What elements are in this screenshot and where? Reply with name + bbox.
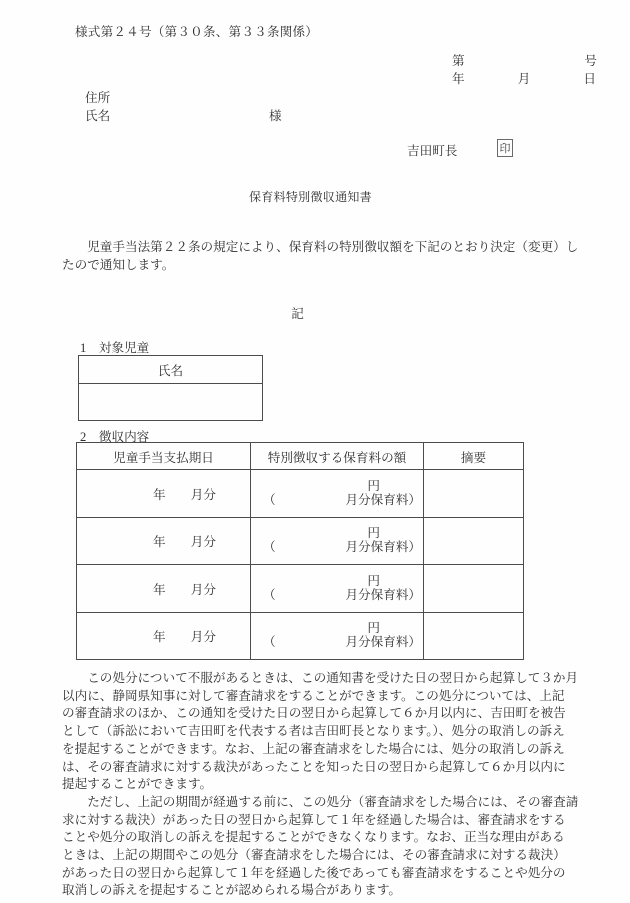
appeal-notes: この処分について不服があるときは、この通知書を受けた日の翌日から起算して３か月 … <box>62 670 590 900</box>
amount-cell: 円 （ 月分保育料） <box>251 565 424 613</box>
amount-note-line: （ 月分保育料） <box>251 540 423 555</box>
paren-open: （ <box>263 540 276 555</box>
remarks-header: 摘要 <box>424 443 524 470</box>
amount-note-line: （ 月分保育料） <box>251 635 423 650</box>
document-page: 様式第２４号（第３０条、第３３条関係） 第 号 年 月 日 住所 氏名 様 吉田… <box>0 0 630 903</box>
date-year-label: 年 <box>452 68 465 87</box>
honorific-label: 様 <box>269 105 282 124</box>
remarks-cell <box>424 517 524 565</box>
collection-amount-header: 特別徴収する保育料の額 <box>251 443 424 470</box>
paren-open: （ <box>263 588 276 603</box>
form-number: 様式第２４号（第３０条、第３３条関係） <box>75 21 318 40</box>
payment-period-cell: 年 月分 <box>77 517 251 565</box>
address-label: 住所 <box>85 87 110 106</box>
date-day-label: 日 <box>583 68 596 87</box>
payment-period-cell: 年 月分 <box>77 565 251 613</box>
amount-note-line: （ 月分保育料） <box>251 493 423 508</box>
appeal-note-paragraph: ただし、上記の期間が経過する前に、この処分（審査請求をした場合には、その審査請 … <box>62 794 590 900</box>
remarks-cell <box>424 612 524 660</box>
record-marker: 記 <box>0 303 595 322</box>
collection-detail-table: 児童手当支払期日 特別徴収する保育料の額 摘要 年 月分 円 （ 月分保育料） … <box>76 442 524 660</box>
appeal-note-paragraph: この処分について不服があるときは、この通知書を受けた日の翌日から起算して３か月 … <box>62 670 590 794</box>
name-label: 氏名 <box>85 105 110 124</box>
payment-period-cell: 年 月分 <box>77 612 251 660</box>
target-child-table: 氏名 <box>78 355 263 421</box>
amount-cell: 円 （ 月分保育料） <box>251 470 424 518</box>
seal-character: 印 <box>500 140 511 156</box>
table-row <box>79 384 263 421</box>
table-row: 氏名 <box>79 356 263 384</box>
intro-paragraph: 児童手当法第２２条の規定により、保育料の特別徴収額を下記のとおり決定（変更）し … <box>62 238 590 274</box>
remarks-cell <box>424 470 524 518</box>
seal-stamp-box: 印 <box>497 139 513 157</box>
amount-note-line: （ 月分保育料） <box>251 588 423 603</box>
table-row: 年 月分 円 （ 月分保育料） <box>77 565 524 613</box>
child-name-value-cell <box>79 384 263 421</box>
paren-open: （ <box>263 635 276 650</box>
table-row: 年 月分 円 （ 月分保育料） <box>77 470 524 518</box>
document-title: 保育料特別徴収通知書 <box>0 188 621 205</box>
yen-unit-label: 円 <box>251 574 423 588</box>
date-line: 年 月 日 <box>452 68 596 87</box>
yen-unit-label: 円 <box>251 526 423 540</box>
payment-date-header: 児童手当支払期日 <box>77 443 251 470</box>
document-number-line: 第 号 <box>452 50 597 69</box>
doc-number-prefix: 第 <box>452 50 465 69</box>
amount-cell: 円 （ 月分保育料） <box>251 517 424 565</box>
table-row: 年 月分 円 （ 月分保育料） <box>77 517 524 565</box>
monthly-fee-label: 月分保育料） <box>345 635 421 650</box>
issuer-name: 吉田町長 <box>407 140 457 159</box>
child-name-header-cell: 氏名 <box>79 356 263 384</box>
yen-unit-label: 円 <box>251 621 423 635</box>
remarks-cell <box>424 565 524 613</box>
table-row: 年 月分 円 （ 月分保育料） <box>77 612 524 660</box>
section1-heading: 1 対象児童 <box>80 337 149 356</box>
yen-unit-label: 円 <box>251 479 423 493</box>
doc-number-suffix: 号 <box>584 50 597 69</box>
monthly-fee-label: 月分保育料） <box>345 588 421 603</box>
monthly-fee-label: 月分保育料） <box>345 540 421 555</box>
payment-period-cell: 年 月分 <box>77 470 251 518</box>
table-header-row: 児童手当支払期日 特別徴収する保育料の額 摘要 <box>77 443 524 470</box>
amount-cell: 円 （ 月分保育料） <box>251 612 424 660</box>
monthly-fee-label: 月分保育料） <box>345 493 421 508</box>
date-month-label: 月 <box>518 68 531 87</box>
paren-open: （ <box>263 493 276 508</box>
